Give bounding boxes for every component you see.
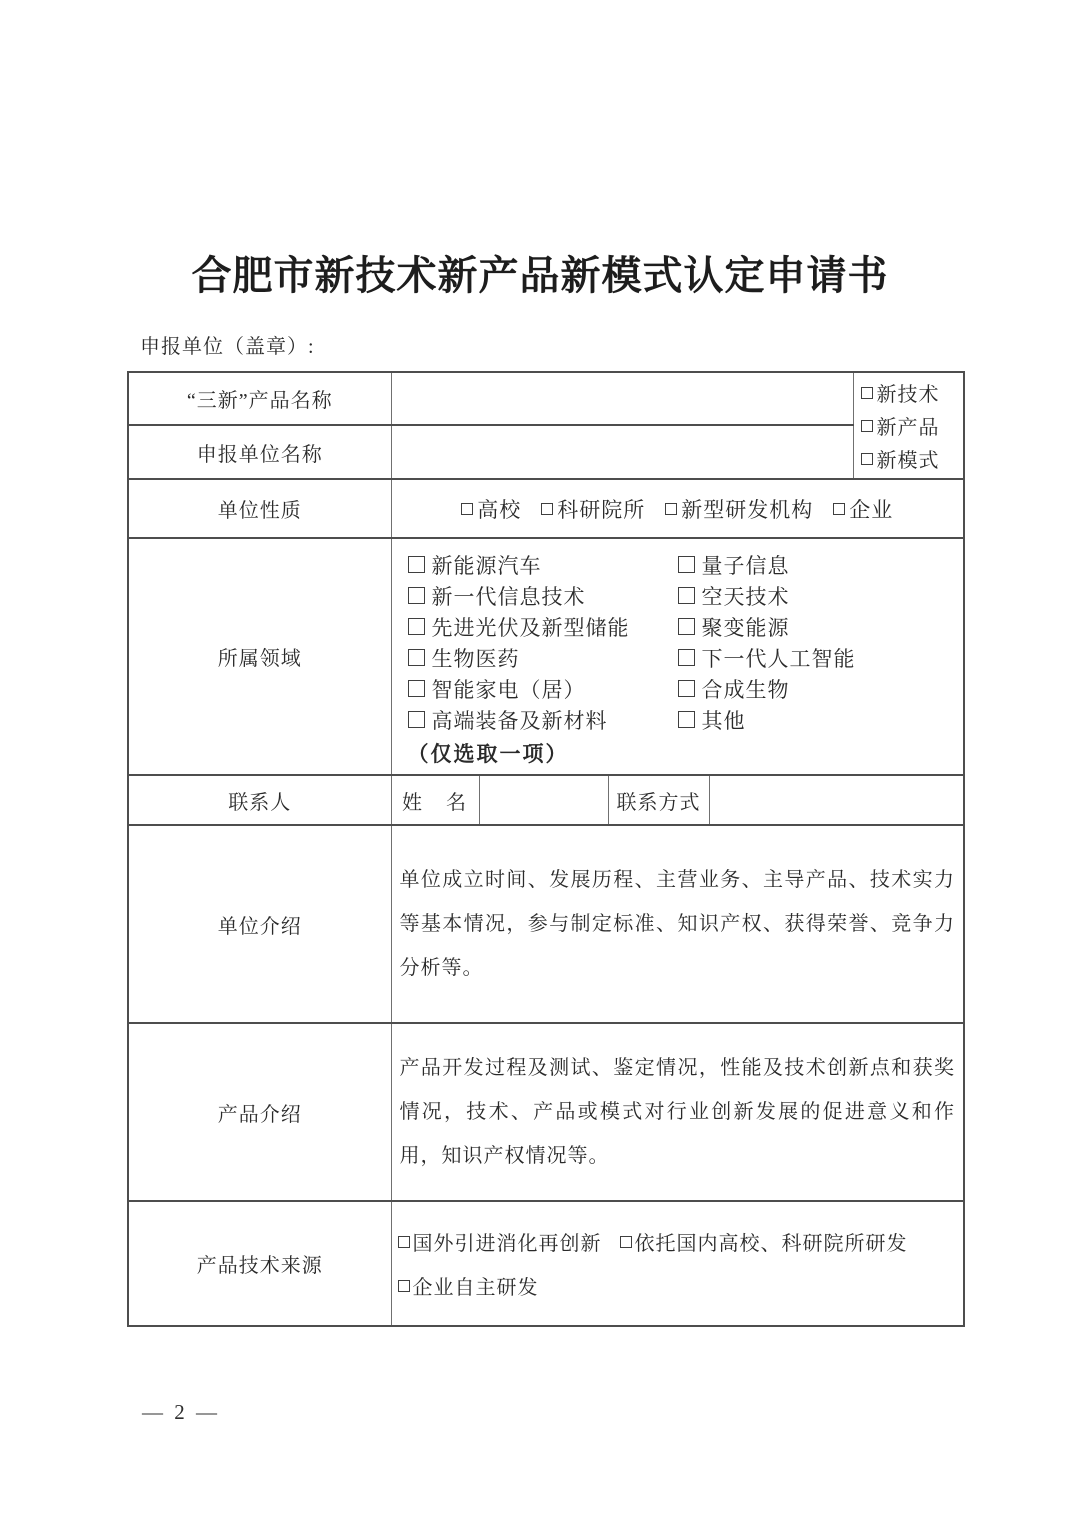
checkbox-other-icon[interactable] — [678, 711, 695, 728]
unit-type-options-cell: 高校 科研院所 新型研发机构 企业 — [391, 479, 964, 538]
checkbox-smart-appliance-icon[interactable] — [408, 680, 425, 697]
row-contact: 联系人 姓 名 联系方式 — [128, 775, 964, 825]
document-title: 合肥市新技术新产品新模式认定申请书 — [0, 244, 1080, 301]
domain-option-label: 新能源汽车 — [432, 550, 542, 580]
domain-option-next-gen-ai[interactable]: 下一代人工智能 — [678, 642, 856, 673]
checkbox-biomedicine-icon[interactable] — [408, 649, 425, 666]
tech-source-label: 产品技术来源 — [128, 1201, 391, 1326]
checkbox-synthetic-biology-icon[interactable] — [678, 680, 695, 697]
checkbox-domestic-university-icon[interactable] — [620, 1236, 632, 1248]
domain-option-next-gen-it[interactable]: 新一代信息技术 — [408, 580, 678, 611]
tech-source-option-domestic-university[interactable]: 依托国内高校、科研院所研发 — [620, 1227, 908, 1256]
unit-type-option-new-rd-org[interactable]: 新型研发机构 — [665, 494, 813, 524]
product-name-label: “三新”产品名称 — [128, 372, 391, 425]
domain-option-quantum-info[interactable]: 量子信息 — [678, 549, 856, 580]
row-domain: 所属领域 新能源汽车 新一代信息技术 — [128, 538, 964, 775]
page-number: — 2 — — [142, 1400, 220, 1425]
domain-option-label: 先进光伏及新型储能 — [432, 612, 630, 642]
checkbox-new-model-icon[interactable] — [861, 453, 873, 465]
unit-type-option-label: 新型研发机构 — [681, 494, 813, 524]
domain-options-cell: 新能源汽车 新一代信息技术 先进光伏及新型储能 — [391, 538, 964, 775]
domain-option-label: 量子信息 — [702, 550, 790, 580]
domain-option-biomedicine[interactable]: 生物医药 — [408, 642, 678, 673]
checkbox-new-rd-org-icon[interactable] — [665, 503, 677, 515]
domain-option-label: 其他 — [702, 705, 746, 735]
product-intro-label: 产品介绍 — [128, 1023, 391, 1201]
domain-option-nev[interactable]: 新能源汽车 — [408, 549, 678, 580]
contact-method-input-cell[interactable] — [709, 775, 964, 825]
checkbox-high-end-equipment-icon[interactable] — [408, 711, 425, 728]
unit-type-option-label: 企业 — [849, 494, 893, 524]
checkbox-quantum-info-icon[interactable] — [678, 556, 695, 573]
category-cell: 新技术 新产品 新模式 — [853, 372, 964, 479]
tech-source-option-label: 国外引进消化再创新 — [413, 1227, 602, 1256]
domain-option-high-end-equipment[interactable]: 高端装备及新材料 — [408, 704, 678, 735]
checkbox-next-gen-it-icon[interactable] — [408, 587, 425, 604]
domain-option-label: 合成生物 — [702, 674, 790, 704]
checkbox-new-tech-icon[interactable] — [861, 387, 873, 399]
checkbox-fusion-energy-icon[interactable] — [678, 618, 695, 635]
domain-option-label: 生物医药 — [432, 643, 520, 673]
unit-intro-description: 单位成立时间、发展历程、主营业务、主导产品、技术实力等基本情况，参与制定标准、知… — [391, 825, 964, 1023]
domain-option-label: 新一代信息技术 — [432, 581, 586, 611]
category-option-label: 新产品 — [877, 411, 940, 440]
row-tech-source: 产品技术来源 国外引进消化再创新 依托国内高校、科研院所研发 企业自主研 — [128, 1201, 964, 1326]
tech-source-option-self-rd[interactable]: 企业自主研发 — [398, 1271, 539, 1300]
contact-method-label: 联系方式 — [608, 775, 709, 825]
row-unit-type: 单位性质 高校 科研院所 新型研发机构 — [128, 479, 964, 538]
unit-name-label: 申报单位名称 — [128, 425, 391, 479]
checkbox-foreign-reinnovation-icon[interactable] — [398, 1236, 410, 1248]
tech-source-option-label: 依托国内高校、科研院所研发 — [635, 1227, 908, 1256]
contact-name-label: 姓 名 — [391, 775, 479, 825]
category-option-new-tech[interactable]: 新技术 — [861, 378, 964, 407]
checkbox-research-institute-icon[interactable] — [541, 503, 553, 515]
product-intro-description: 产品开发过程及测试、鉴定情况，性能及技术创新点和获奖情况，技术、产品或模式对行业… — [391, 1023, 964, 1201]
unit-type-option-label: 高校 — [477, 494, 521, 524]
contact-label: 联系人 — [128, 775, 391, 825]
domain-option-pv-storage[interactable]: 先进光伏及新型储能 — [408, 611, 678, 642]
category-option-new-product[interactable]: 新产品 — [861, 411, 964, 440]
row-unit-name: 申报单位名称 — [128, 425, 964, 479]
application-form-page: 合肥市新技术新产品新模式认定申请书 申报单位（盖章）: “三新”产品名称 新技术… — [0, 0, 1080, 1528]
domain-option-label: 聚变能源 — [702, 612, 790, 642]
application-form-table: “三新”产品名称 新技术 新产品 新模式 — [127, 371, 965, 1327]
unit-intro-label: 单位介绍 — [128, 825, 391, 1023]
tech-source-option-label: 企业自主研发 — [413, 1271, 539, 1300]
checkbox-pv-storage-icon[interactable] — [408, 618, 425, 635]
domain-option-fusion-energy[interactable]: 聚变能源 — [678, 611, 856, 642]
category-option-new-model[interactable]: 新模式 — [861, 444, 964, 473]
unit-type-option-enterprise[interactable]: 企业 — [833, 494, 893, 524]
row-unit-intro: 单位介绍 单位成立时间、发展历程、主营业务、主导产品、技术实力等基本情况，参与制… — [128, 825, 964, 1023]
checkbox-nev-icon[interactable] — [408, 556, 425, 573]
checkbox-new-product-icon[interactable] — [861, 420, 873, 432]
tech-source-option-foreign-reinnovation[interactable]: 国外引进消化再创新 — [398, 1227, 602, 1256]
row-product-intro: 产品介绍 产品开发过程及测试、鉴定情况，性能及技术创新点和获奖情况，技术、产品或… — [128, 1023, 964, 1201]
stamp-label: 申报单位（盖章）: — [140, 330, 315, 359]
unit-type-option-label: 科研院所 — [557, 494, 645, 524]
domain-option-label: 下一代人工智能 — [702, 643, 856, 673]
product-name-input-cell[interactable] — [391, 372, 853, 425]
unit-type-option-research-institute[interactable]: 科研院所 — [541, 494, 645, 524]
domain-option-synthetic-biology[interactable]: 合成生物 — [678, 673, 856, 704]
checkbox-next-gen-ai-icon[interactable] — [678, 649, 695, 666]
domain-label: 所属领域 — [128, 538, 391, 775]
unit-type-label: 单位性质 — [128, 479, 391, 538]
unit-name-input-cell[interactable] — [391, 425, 853, 479]
checkbox-aerospace-icon[interactable] — [678, 587, 695, 604]
contact-name-input-cell[interactable] — [479, 775, 608, 825]
domain-option-label: 智能家电（居） — [432, 674, 586, 704]
domain-select-one-note: （仅选取一项） — [408, 738, 960, 768]
category-option-label: 新技术 — [877, 378, 940, 407]
checkbox-university-icon[interactable] — [461, 503, 473, 515]
domain-option-label: 高端装备及新材料 — [432, 705, 608, 735]
domain-option-smart-appliance[interactable]: 智能家电（居） — [408, 673, 678, 704]
checkbox-enterprise-icon[interactable] — [833, 503, 845, 515]
domain-option-other[interactable]: 其他 — [678, 704, 856, 735]
domain-option-aerospace[interactable]: 空天技术 — [678, 580, 856, 611]
domain-option-label: 空天技术 — [702, 581, 790, 611]
category-option-label: 新模式 — [877, 444, 940, 473]
row-product-name: “三新”产品名称 新技术 新产品 新模式 — [128, 372, 964, 425]
unit-type-option-university[interactable]: 高校 — [461, 494, 521, 524]
checkbox-self-rd-icon[interactable] — [398, 1280, 410, 1292]
tech-source-options-cell: 国外引进消化再创新 依托国内高校、科研院所研发 企业自主研发 — [391, 1201, 964, 1326]
